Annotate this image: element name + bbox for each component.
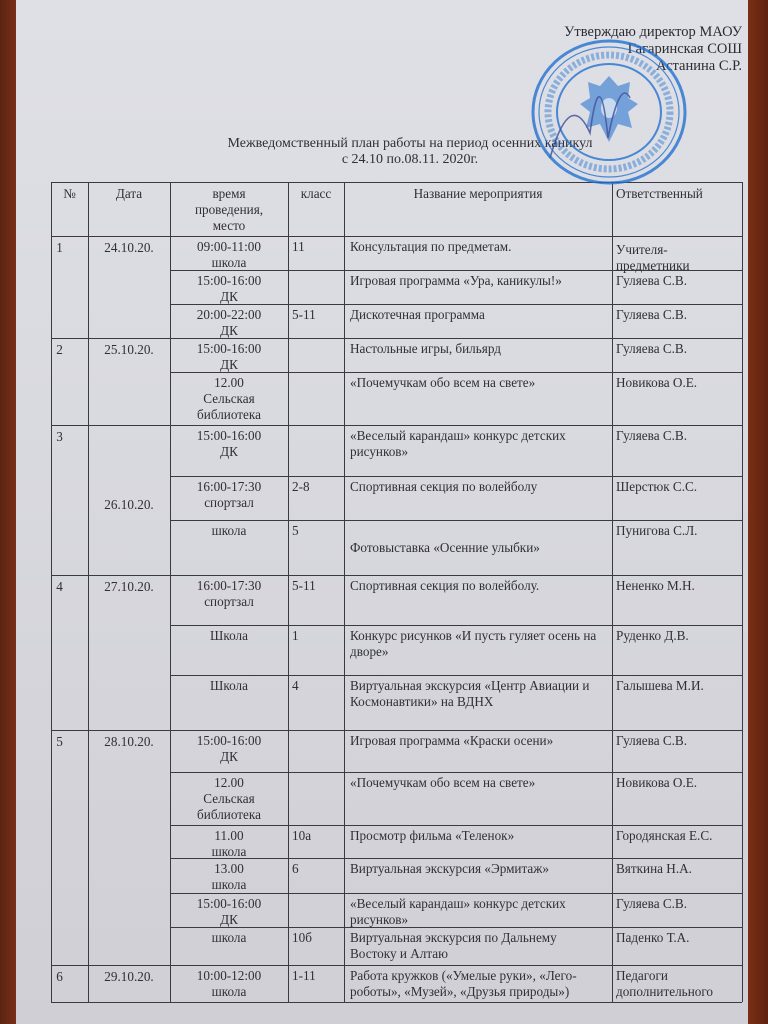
event-name-cell: «Веселый карандаш» конкурс детских рисун…	[350, 896, 606, 928]
event-name-cell: Виртуальная экскурсия по Дальнему Восток…	[350, 930, 606, 962]
event-time: 15:00-16:00	[174, 273, 284, 289]
day-divider	[51, 425, 742, 426]
header-event: Название мероприятия	[346, 186, 610, 202]
time-place-cell: 15:00-16:00ДК	[174, 896, 284, 928]
event-name-cell: Виртуальная экскурсия «Центр Авиации и К…	[350, 678, 606, 710]
class-cell: 1	[292, 628, 340, 644]
responsible-cell: Педагоги дополнительного	[616, 968, 738, 1000]
event-time: 13.00	[174, 861, 284, 877]
time-place-cell: 15:00-16:00ДК	[174, 428, 284, 460]
day-date: 29.10.20.	[90, 969, 168, 985]
event-place: школа	[174, 930, 284, 946]
responsible-cell: Шерстюк С.С.	[616, 479, 738, 495]
day-divider	[51, 338, 742, 339]
day-date: 24.10.20.	[90, 240, 168, 256]
event-time: 15:00-16:00	[174, 896, 284, 912]
event-place: школа	[174, 877, 284, 893]
event-time: 15:00-16:00	[174, 733, 284, 749]
event-name-cell: Спортивная секция по волейболу	[350, 479, 606, 495]
official-stamp-icon	[530, 38, 688, 186]
event-place: Сельская библиотека	[174, 391, 284, 423]
event-place: ДК	[174, 444, 284, 460]
time-place-cell: 12.00Сельская библиотека	[174, 775, 284, 823]
event-name-cell: Фотовыставка «Осенние улыбки»	[350, 540, 606, 556]
responsible-cell: Гуляева С.В.	[616, 733, 738, 749]
time-place-cell: 09:00-11:00школа	[174, 239, 284, 271]
class-cell: 2-8	[292, 479, 340, 495]
time-place-cell: школа	[174, 930, 284, 946]
row-divider	[170, 625, 742, 626]
class-cell: 10б	[292, 930, 340, 946]
responsible-cell: Галышева М.И.	[616, 678, 738, 694]
responsible-cell: Учителя-предметники	[616, 242, 738, 274]
event-name-cell: Дискотечная программа	[350, 307, 606, 323]
event-place: ДК	[174, 289, 284, 305]
header-class: класс	[290, 186, 342, 202]
event-name-cell: Работа кружков («Умелые руки», «Лего-роб…	[350, 968, 606, 1000]
day-divider	[51, 730, 742, 731]
day-number: 6	[53, 969, 66, 985]
event-time: 12.00	[174, 775, 284, 791]
day-number: 4	[53, 579, 66, 595]
event-time: 20:00-22:00	[174, 307, 284, 323]
responsible-cell: Пунигова С.Л.	[616, 523, 738, 539]
table-column-divider	[742, 182, 743, 1002]
responsible-cell: Новикова О.Е.	[616, 375, 738, 391]
time-place-cell: 13.00школа	[174, 861, 284, 893]
class-cell: 5	[292, 523, 340, 539]
time-place-cell: Школа	[174, 678, 284, 694]
event-name-cell: Просмотр фильма «Теленок»	[350, 828, 606, 844]
time-place-cell: 15:00-16:00ДК	[174, 733, 284, 765]
event-time: 11.00	[174, 828, 284, 844]
responsible-cell: Гуляева С.В.	[616, 428, 738, 444]
event-place: Сельская библиотека	[174, 791, 284, 823]
table-bottom-border	[51, 1002, 742, 1003]
event-name-cell: Игровая программа «Ура, каникулы!»	[350, 273, 606, 289]
event-name-cell: Настольные игры, бильярд	[350, 341, 606, 357]
time-place-cell: школа	[174, 523, 284, 539]
event-name-cell: «Почемучкам обо всем на свете»	[350, 775, 606, 791]
event-time: 16:00-17:30	[174, 479, 284, 495]
class-cell: 5-11	[292, 307, 340, 323]
event-place: ДК	[174, 357, 284, 373]
responsible-cell: Гуляева С.В.	[616, 341, 738, 357]
table-column-divider	[288, 182, 289, 1002]
event-place: ДК	[174, 749, 284, 765]
table-column-divider	[170, 182, 171, 1002]
time-place-cell: Школа	[174, 628, 284, 644]
time-place-cell: 16:00-17:30спортзал	[174, 479, 284, 511]
row-divider	[170, 825, 742, 826]
table-column-divider	[344, 182, 345, 1002]
event-name-cell: Виртуальная экскурсия «Эрмитаж»	[350, 861, 606, 877]
event-place: школа	[174, 523, 284, 539]
event-name-cell: Игровая программа «Краски осени»	[350, 733, 606, 749]
time-place-cell: 11.00школа	[174, 828, 284, 860]
responsible-cell: Паденко Т.А.	[616, 930, 738, 946]
responsible-cell: Руденко Д.В.	[616, 628, 738, 644]
day-divider	[51, 575, 742, 576]
day-number: 2	[53, 342, 66, 358]
time-place-cell: 10:00-12:00школа	[174, 968, 284, 1000]
responsible-cell: Гуляева С.В.	[616, 896, 738, 912]
header-date: Дата	[90, 186, 168, 202]
day-divider	[51, 965, 742, 966]
event-name-cell: Спортивная секция по волейболу.	[350, 578, 606, 594]
event-place: ДК	[174, 323, 284, 339]
event-place: Школа	[174, 628, 284, 644]
event-place: школа	[174, 844, 284, 860]
day-date: 26.10.20.	[90, 497, 168, 513]
header-responsible: Ответственный	[616, 186, 740, 202]
event-name-cell: «Веселый карандаш» конкурс детских рисун…	[350, 428, 606, 460]
class-cell: 10а	[292, 828, 340, 844]
table-column-divider	[51, 182, 52, 1002]
day-number: 3	[53, 429, 66, 445]
time-place-cell: 15:00-16:00ДК	[174, 341, 284, 373]
responsible-cell: Новикова О.Е.	[616, 775, 738, 791]
event-name-cell: Конкурс рисунков «И пусть гуляет осень н…	[350, 628, 606, 660]
class-cell: 1-11	[292, 968, 340, 984]
row-divider	[170, 893, 742, 894]
responsible-cell: Гуляева С.В.	[616, 307, 738, 323]
day-number: 5	[53, 734, 66, 750]
row-divider	[170, 476, 742, 477]
day-number: 1	[53, 240, 66, 256]
responsible-cell: Вяткина Н.А.	[616, 861, 738, 877]
time-place-cell: 16:00-17:30спортзал	[174, 578, 284, 610]
event-name-cell: Консультация по предметам.	[350, 239, 606, 255]
event-place: Школа	[174, 678, 284, 694]
time-place-cell: 15:00-16:00ДК	[174, 273, 284, 305]
day-date: 25.10.20.	[90, 342, 168, 358]
event-place: спортзал	[174, 495, 284, 511]
class-cell: 6	[292, 861, 340, 877]
day-date: 28.10.20.	[90, 734, 168, 750]
table-column-divider	[612, 182, 613, 1002]
event-name-cell: «Почемучкам обо всем на свете»	[350, 375, 606, 391]
responsible-cell: Нененко М.Н.	[616, 578, 738, 594]
row-divider	[170, 675, 742, 676]
responsible-cell: Гуляева С.В.	[616, 273, 738, 289]
header-num: №	[53, 186, 86, 202]
row-divider	[170, 520, 742, 521]
table-header-divider	[51, 236, 742, 237]
event-time: 15:00-16:00	[174, 428, 284, 444]
class-cell: 5-11	[292, 578, 340, 594]
day-date: 27.10.20.	[90, 579, 168, 595]
time-place-cell: 12.00Сельская библиотека	[174, 375, 284, 423]
event-time: 09:00-11:00	[174, 239, 284, 255]
event-time: 16:00-17:30	[174, 578, 284, 594]
table-column-divider	[88, 182, 89, 1002]
header-time-place: время проведения, место	[184, 186, 274, 234]
class-cell: 11	[292, 239, 340, 255]
responsible-cell: Городянская Е.С.	[616, 828, 738, 844]
event-place: школа	[174, 255, 284, 271]
time-place-cell: 20:00-22:00ДК	[174, 307, 284, 339]
event-place: ДК	[174, 912, 284, 928]
event-time: 10:00-12:00	[174, 968, 284, 984]
event-place: школа	[174, 984, 284, 1000]
row-divider	[170, 772, 742, 773]
event-place: спортзал	[174, 594, 284, 610]
event-time: 12.00	[174, 375, 284, 391]
event-time: 15:00-16:00	[174, 341, 284, 357]
class-cell: 4	[292, 678, 340, 694]
